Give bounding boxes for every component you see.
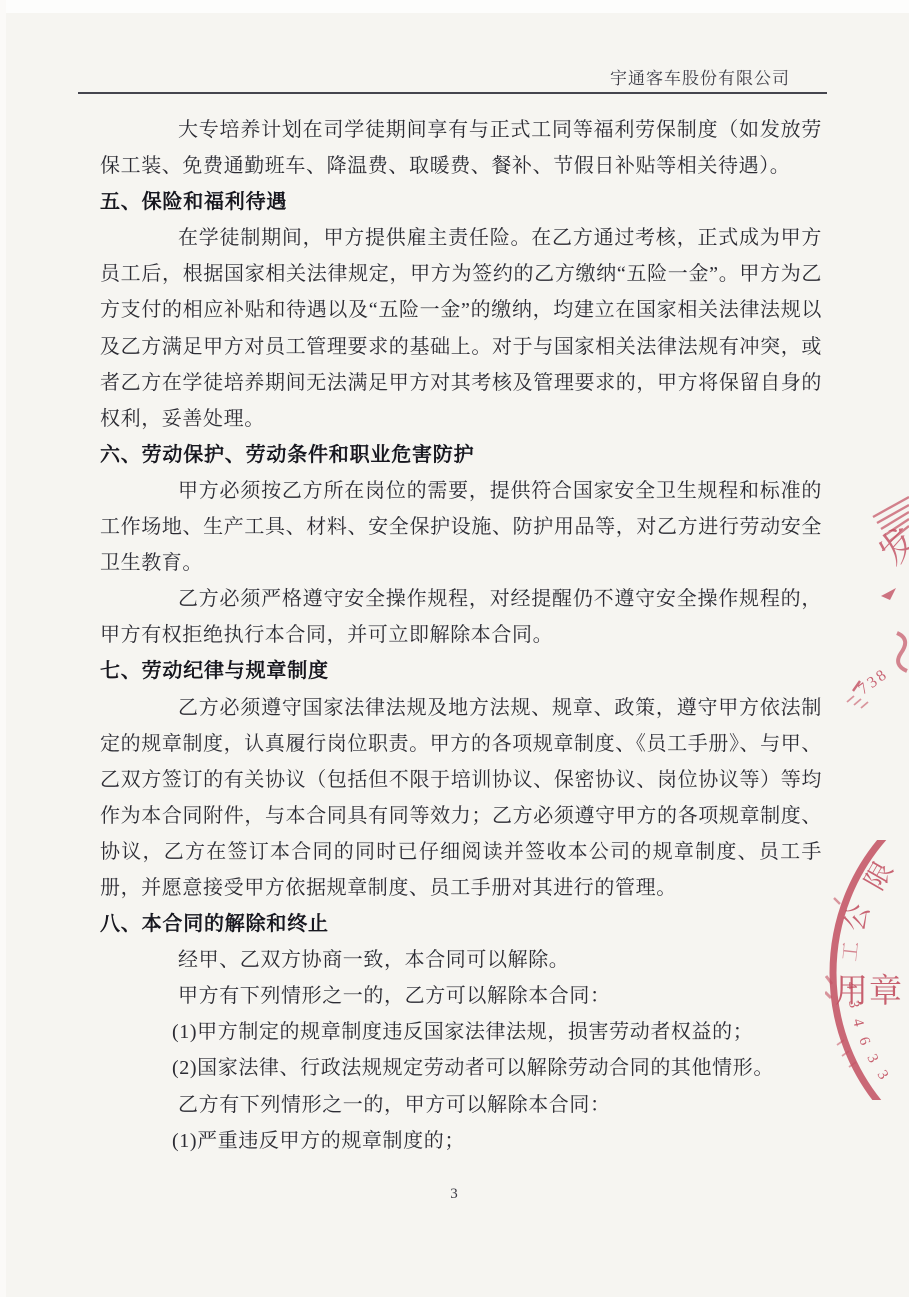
- contract-clause: (1)严重违反甲方的规章制度的；: [100, 1123, 822, 1159]
- seal-digit: 3: [845, 999, 862, 1009]
- seal-serration: [837, 1040, 856, 1067]
- seal-rim-character: 限: [859, 857, 898, 895]
- page-number: 3: [0, 1186, 909, 1203]
- seal-character-fragment: 发: [871, 519, 909, 573]
- seal-serial-fragment: 738: [855, 665, 892, 698]
- seal-serration: [847, 696, 868, 708]
- seal-rim-character: 工: [839, 940, 863, 962]
- seal-digit: 3: [863, 1052, 881, 1066]
- seal-hatch-lines: [873, 497, 909, 541]
- seal-mark: [881, 588, 896, 600]
- section-heading: 八、本合同的解除和终止: [100, 906, 822, 942]
- contract-paragraph: 大专培养计划在司学徒期间享有与正式工同等福利劳保制度（如发放劳保工装、免费通勤班…: [100, 112, 822, 184]
- scan-edge-top: [0, 0, 909, 13]
- seal-digit: 3: [874, 1068, 892, 1083]
- section-heading: 五、保险和福利待遇: [100, 184, 822, 220]
- section-heading: 六、劳动保护、劳动条件和职业危害防护: [100, 437, 822, 473]
- contract-body: 大专培养计划在司学徒期间享有与正式工同等福利劳保制度（如发放劳保工装、免费通勤班…: [100, 112, 822, 1159]
- contract-paragraph: 在学徒制期间，甲方提供雇主责任险。在乙方通过考核，正式成为甲方员工后，根据国家相…: [100, 220, 822, 437]
- contract-clause: (2)国家法律、行政法规规定劳动者可以解除劳动合同的其他情形。: [100, 1050, 822, 1086]
- scan-edge-left: [0, 0, 6, 1297]
- contract-clause: (1)甲方制定的规章制度违反国家法律法规，损害劳动者权益的；: [100, 1014, 822, 1050]
- contract-paragraph: 乙方有下列情形之一的，甲方可以解除本合同：: [100, 1087, 822, 1123]
- seal-border-arc: [833, 840, 909, 1100]
- seal-stroke-fragment: [897, 633, 907, 671]
- contract-paragraph: 甲方有下列情形之一的，乙方可以解除本合同：: [100, 978, 822, 1014]
- seal-tick: [853, 681, 860, 691]
- seal-digit: 4: [843, 982, 859, 991]
- company-seal-fragment-upper: 发 738: [839, 495, 909, 710]
- contract-paragraph: 乙方必须遵守国家法律法规及地方法规、规章、政策，遵守甲方依法制定的规章制度，认真…: [100, 690, 822, 907]
- seal-tick: [834, 898, 840, 904]
- seal-serial-number: 4 3 4 6 3 3: [843, 982, 891, 1083]
- scanned-contract-page: 宇通客车股份有限公司 大专培养计划在司学徒期间享有与正式工同等福利劳保制度（如发…: [0, 0, 909, 1297]
- seal-rim-character: 公: [839, 900, 875, 934]
- contract-paragraph: 甲方必须按乙方所在岗位的需要，提供符合国家安全卫生规程和标准的工作场地、生产工具…: [100, 473, 822, 581]
- seal-center-text: 用章: [835, 973, 903, 1010]
- seal-stroke-fragment: [825, 976, 832, 998]
- header-company-name: 宇通客车股份有限公司: [610, 64, 790, 89]
- contract-paragraph: 乙方必须严格遵守安全操作规程，对经提醒仍不遵守安全操作规程的，甲方有权拒绝执行本…: [100, 581, 822, 653]
- section-heading: 七、劳动纪律与规章制度: [100, 653, 822, 689]
- contract-paragraph: 经甲、乙双方协商一致，本合同可以解除。: [100, 942, 822, 978]
- company-seal-lower: 限 公 工 用章 4 3 4 6 3 3: [825, 840, 909, 1100]
- seal-digit: 6: [855, 1035, 873, 1048]
- header-divider: [78, 92, 827, 94]
- seal-digit: 4: [849, 1017, 866, 1029]
